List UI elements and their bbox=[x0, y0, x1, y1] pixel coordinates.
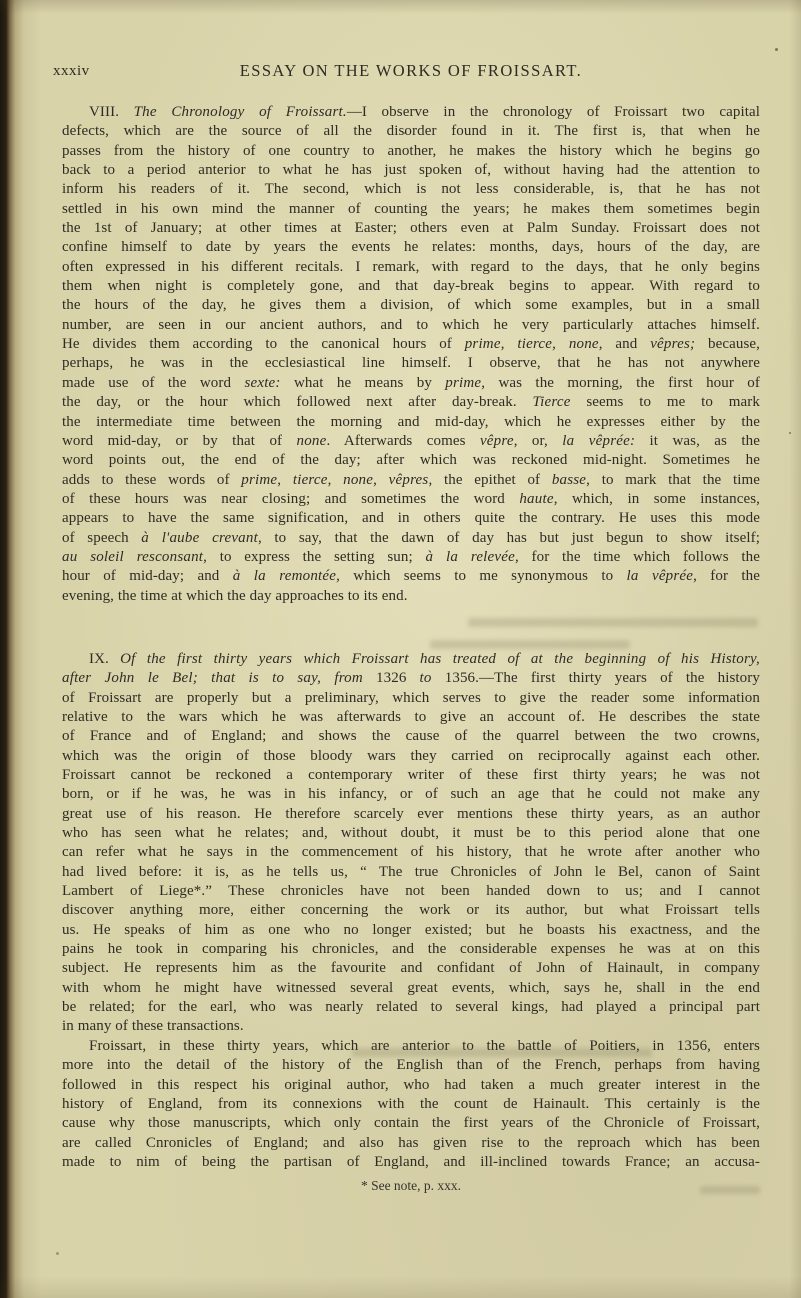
page-edge-shadow-top bbox=[0, 0, 801, 14]
show-through-artifact bbox=[430, 640, 630, 649]
text-line: au soleil resconsant, to express the set… bbox=[62, 548, 760, 567]
text-line: of speech à l'aube crevant, to say, that… bbox=[62, 529, 760, 548]
text-line: us. He speaks of him as one who no longe… bbox=[62, 921, 760, 940]
text-line: the hours of the day, he gives them a di… bbox=[62, 296, 760, 315]
paragraph: IX. Of the first thirty years which Froi… bbox=[62, 650, 760, 1037]
text-line: great use of his reason. He therefore sc… bbox=[62, 805, 760, 824]
text-line: Froissart cannot be reckoned a contempor… bbox=[62, 766, 760, 785]
text-line: Lambert of Liege*.” These chronicles hav… bbox=[62, 882, 760, 901]
scan-speck bbox=[404, 132, 406, 134]
text-line: inform his readers of it. The second, wh… bbox=[62, 180, 760, 199]
running-title: ESSAY ON THE WORKS OF FROISSART. bbox=[62, 61, 760, 81]
text-line: the 1st of January; at other times at Ea… bbox=[62, 219, 760, 238]
text-line: of these hours was near closing; and som… bbox=[62, 490, 760, 509]
page-header: xxxiv ESSAY ON THE WORKS OF FROISSART. bbox=[62, 61, 760, 83]
text-line: VIII. The Chronology of Froissart.—I obs… bbox=[62, 103, 760, 122]
text-line: hour of mid-day; and à la remontée, whic… bbox=[62, 567, 760, 586]
text-line: passes from the history of one country t… bbox=[62, 142, 760, 161]
text-line: discover anything more, either concernin… bbox=[62, 901, 760, 920]
text-line: settled in his own mind the manner of co… bbox=[62, 200, 760, 219]
text-line: after John le Bel; that is to say, from … bbox=[62, 669, 760, 688]
show-through-artifact bbox=[700, 1186, 760, 1194]
text-line: adds to these words of prime, tierce, no… bbox=[62, 471, 760, 490]
footnote: * See note, p. xxx. bbox=[62, 1178, 760, 1194]
text-line: made to nim of being the partisan of Eng… bbox=[62, 1153, 760, 1172]
text-line: IX. Of the first thirty years which Froi… bbox=[62, 650, 760, 669]
text-line: evening, the time at which the day appro… bbox=[62, 587, 760, 606]
text-line: them when night is completely gone, and … bbox=[62, 277, 760, 296]
text-line: are called Cnronicles of England; and al… bbox=[62, 1134, 760, 1153]
page-edge-shadow-right bbox=[789, 0, 801, 1298]
text-line: more into the detail of the history of t… bbox=[62, 1056, 760, 1075]
page-body: VIII. The Chronology of Froissart.—I obs… bbox=[62, 103, 760, 1172]
text-line: can refer what he says in the commenceme… bbox=[62, 843, 760, 862]
text-line: made use of the word sexte: what he mean… bbox=[62, 374, 760, 393]
page-edge-shadow-left bbox=[0, 0, 42, 1298]
text-line: number, are seen in our ancient authors,… bbox=[62, 316, 760, 335]
text-line: pains he took in comparing his chronicle… bbox=[62, 940, 760, 959]
text-line: be related; for the earl, who was nearly… bbox=[62, 998, 760, 1017]
text-line: with whom he might have witnessed severa… bbox=[62, 979, 760, 998]
text-line: appears to have the same signification, … bbox=[62, 509, 760, 528]
text-line: He divides them according to the canonic… bbox=[62, 335, 760, 354]
scan-speck bbox=[56, 1252, 59, 1255]
text-line: word points out, the end of the day; aft… bbox=[62, 451, 760, 470]
text-line: had lived before: it is, as he tells us,… bbox=[62, 863, 760, 882]
text-line: the intermediate time between the mornin… bbox=[62, 413, 760, 432]
scan-speck bbox=[789, 432, 791, 434]
text-line: often expressed in his different recital… bbox=[62, 258, 760, 277]
text-line: back to a period anterior to what he has… bbox=[62, 161, 760, 180]
paragraph: Froissart, in these thirty years, which … bbox=[62, 1037, 760, 1172]
text-line: which was the origin of those bloody war… bbox=[62, 747, 760, 766]
text-line: defects, which are the source of all the… bbox=[62, 122, 760, 141]
paragraph: VIII. The Chronology of Froissart.—I obs… bbox=[62, 103, 760, 606]
book-page: xxxiv ESSAY ON THE WORKS OF FROISSART. V… bbox=[0, 0, 801, 1298]
scan-speck bbox=[775, 48, 778, 51]
show-through-artifact bbox=[352, 1048, 652, 1057]
text-line: of France and of England; and shows the … bbox=[62, 727, 760, 746]
text-line: born, or if he was, he was in his infanc… bbox=[62, 785, 760, 804]
text-line: of Froissart are properly but a prelimin… bbox=[62, 689, 760, 708]
text-line: cause why those manuscripts, which only … bbox=[62, 1114, 760, 1133]
text-line: confine himself to date by years the eve… bbox=[62, 238, 760, 257]
page-edge-shadow-bottom bbox=[0, 1276, 801, 1298]
text-line: who has seen what he relates; and, witho… bbox=[62, 824, 760, 843]
show-through-artifact bbox=[468, 618, 758, 627]
text-line: followed in this respect his original au… bbox=[62, 1076, 760, 1095]
text-line: subject. He represents him as the favour… bbox=[62, 959, 760, 978]
text-line: relative to the wars which he was afterw… bbox=[62, 708, 760, 727]
text-line: history of England, from its connexions … bbox=[62, 1095, 760, 1114]
text-line: perhaps, he was in the ecclesiastical li… bbox=[62, 354, 760, 373]
text-line: the day, or the hour which followed next… bbox=[62, 393, 760, 412]
text-line: in many of these transactions. bbox=[62, 1017, 760, 1036]
text-line: word mid-day, or by that of none. Afterw… bbox=[62, 432, 760, 451]
